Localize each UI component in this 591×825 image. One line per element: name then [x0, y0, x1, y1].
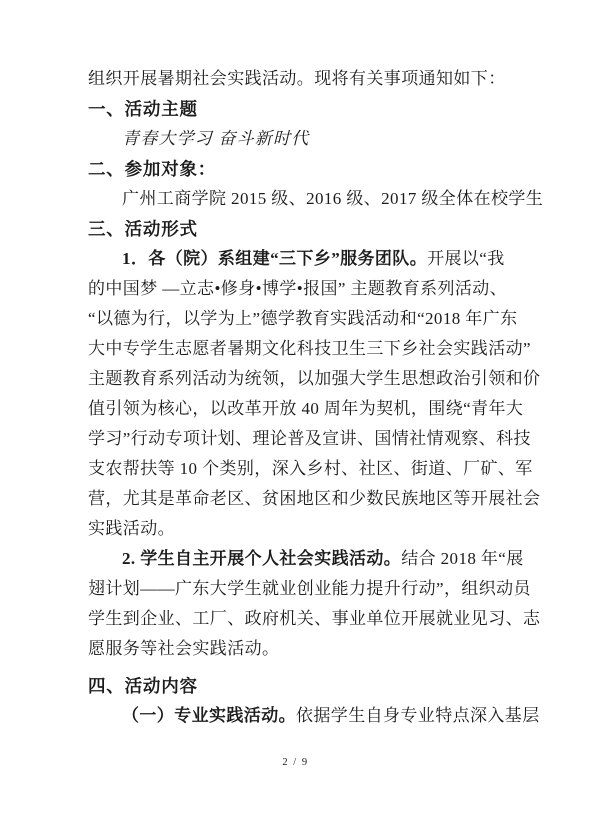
text-segment: 营，尤其是革命老区、贫困地区和少数民族地区等开展社会: [88, 489, 540, 508]
text-line: 1．各（院）系组建“三下乡”服务团队。开展以“我: [88, 244, 516, 274]
text-segment: 组织开展暑期社会实践活动。现将有关事项通知如下：: [88, 69, 506, 88]
text-segment: 依据学生自身专业特点深入基层: [296, 706, 540, 725]
text-segment: （一）专业实践活动。: [122, 706, 296, 725]
text-segment: 三、活动形式: [88, 219, 198, 239]
text-line: 实践活动。: [88, 514, 516, 544]
text-segment: 支农帮扶等 10 个类别，深入乡村、社区、街道、厂矿、军: [88, 459, 533, 478]
text-line: 三、活动形式: [88, 214, 516, 244]
text-segment: 一、活动主题: [88, 99, 198, 119]
text-line: 2. 学生自主开展个人社会实践活动。结合 2018 年“展: [88, 544, 516, 574]
text-segment: 主题教育系列活动为统领，以加强大学生思想政治引领和价: [88, 369, 540, 388]
text-line: 青春大学习 奋斗新时代: [88, 124, 516, 154]
text-line: 二、参加对象：: [88, 154, 516, 184]
document-page: 组织开展暑期社会实践活动。现将有关事项通知如下：一、活动主题青春大学习 奋斗新时…: [0, 0, 591, 825]
text-line: 翅计划——广东大学生就业创业能力提升行动”，组织动员: [88, 574, 516, 604]
text-line: 主题教育系列活动为统领，以加强大学生思想政治引领和价: [88, 364, 516, 394]
text-segment: 的中国梦 —立志•修身•博学•报国” 主题教育系列活动、: [88, 279, 507, 298]
text-segment: 二、参加对象：: [88, 159, 216, 179]
text-segment: 开展以“我: [427, 249, 505, 268]
text-line: 营，尤其是革命老区、贫困地区和少数民族地区等开展社会: [88, 484, 516, 514]
text-segment: 四、活动内容: [88, 676, 198, 696]
text-segment: 青春大学习 奋斗新时代: [122, 129, 309, 148]
document-lines: 组织开展暑期社会实践活动。现将有关事项通知如下：一、活动主题青春大学习 奋斗新时…: [88, 64, 516, 731]
text-segment: 愿服务等社会实践活动。: [88, 639, 279, 658]
text-line: （一）专业实践活动。依据学生自身专业特点深入基层: [88, 701, 516, 731]
text-line: 组织开展暑期社会实践活动。现将有关事项通知如下：: [88, 64, 516, 94]
text-segment: 2. 学生自主开展个人社会实践活动。: [122, 549, 401, 568]
text-segment: 实践活动。: [88, 519, 175, 538]
text-line: 广州工商学院 2015 级、2016 级、2017 级全体在校学生: [88, 184, 516, 214]
text-line: 支农帮扶等 10 个类别，深入乡村、社区、街道、厂矿、军: [88, 454, 516, 484]
text-segment: 翅计划——广东大学生就业创业能力提升行动”，组织动员: [88, 579, 531, 598]
text-segment: “以德为行，以学为上”德学教育实践活动和“2018 年广东: [88, 309, 518, 328]
text-line: 的中国梦 —立志•修身•博学•报国” 主题教育系列活动、: [88, 274, 516, 304]
text-segment: 结合 2018 年“展: [401, 549, 523, 568]
text-line: “以德为行，以学为上”德学教育实践活动和“2018 年广东: [88, 304, 516, 334]
text-line: 学习”行动专项计划、理论普及宣讲、国情社情观察、科技: [88, 424, 516, 454]
page-number: 2 / 9: [0, 757, 591, 768]
text-line: 学生到企业、工厂、政府机关、事业单位开展就业见习、志: [88, 604, 516, 634]
text-line: 大中专学生志愿者暑期文化科技卫生三下乡社会实践活动”: [88, 334, 516, 364]
text-segment: 1．各（院）系组建“三下乡”服务团队。: [122, 249, 427, 268]
text-segment: 广州工商学院 2015 级、2016 级、2017 级全体在校学生: [122, 189, 543, 208]
text-segment: 值引领为核心，以改革开放 40 周年为契机，围绕“青年大: [88, 399, 523, 418]
text-line: 一、活动主题: [88, 94, 516, 124]
text-segment: 学习”行动专项计划、理论普及宣讲、国情社情观察、科技: [88, 429, 531, 448]
text-line: 四、活动内容: [88, 671, 516, 701]
text-line: 值引领为核心，以改革开放 40 周年为契机，围绕“青年大: [88, 394, 516, 424]
text-segment: 大中专学生志愿者暑期文化科技卫生三下乡社会实践活动”: [88, 339, 531, 358]
text-line: 愿服务等社会实践活动。: [88, 634, 516, 664]
text-segment: 学生到企业、工厂、政府机关、事业单位开展就业见习、志: [88, 609, 540, 628]
